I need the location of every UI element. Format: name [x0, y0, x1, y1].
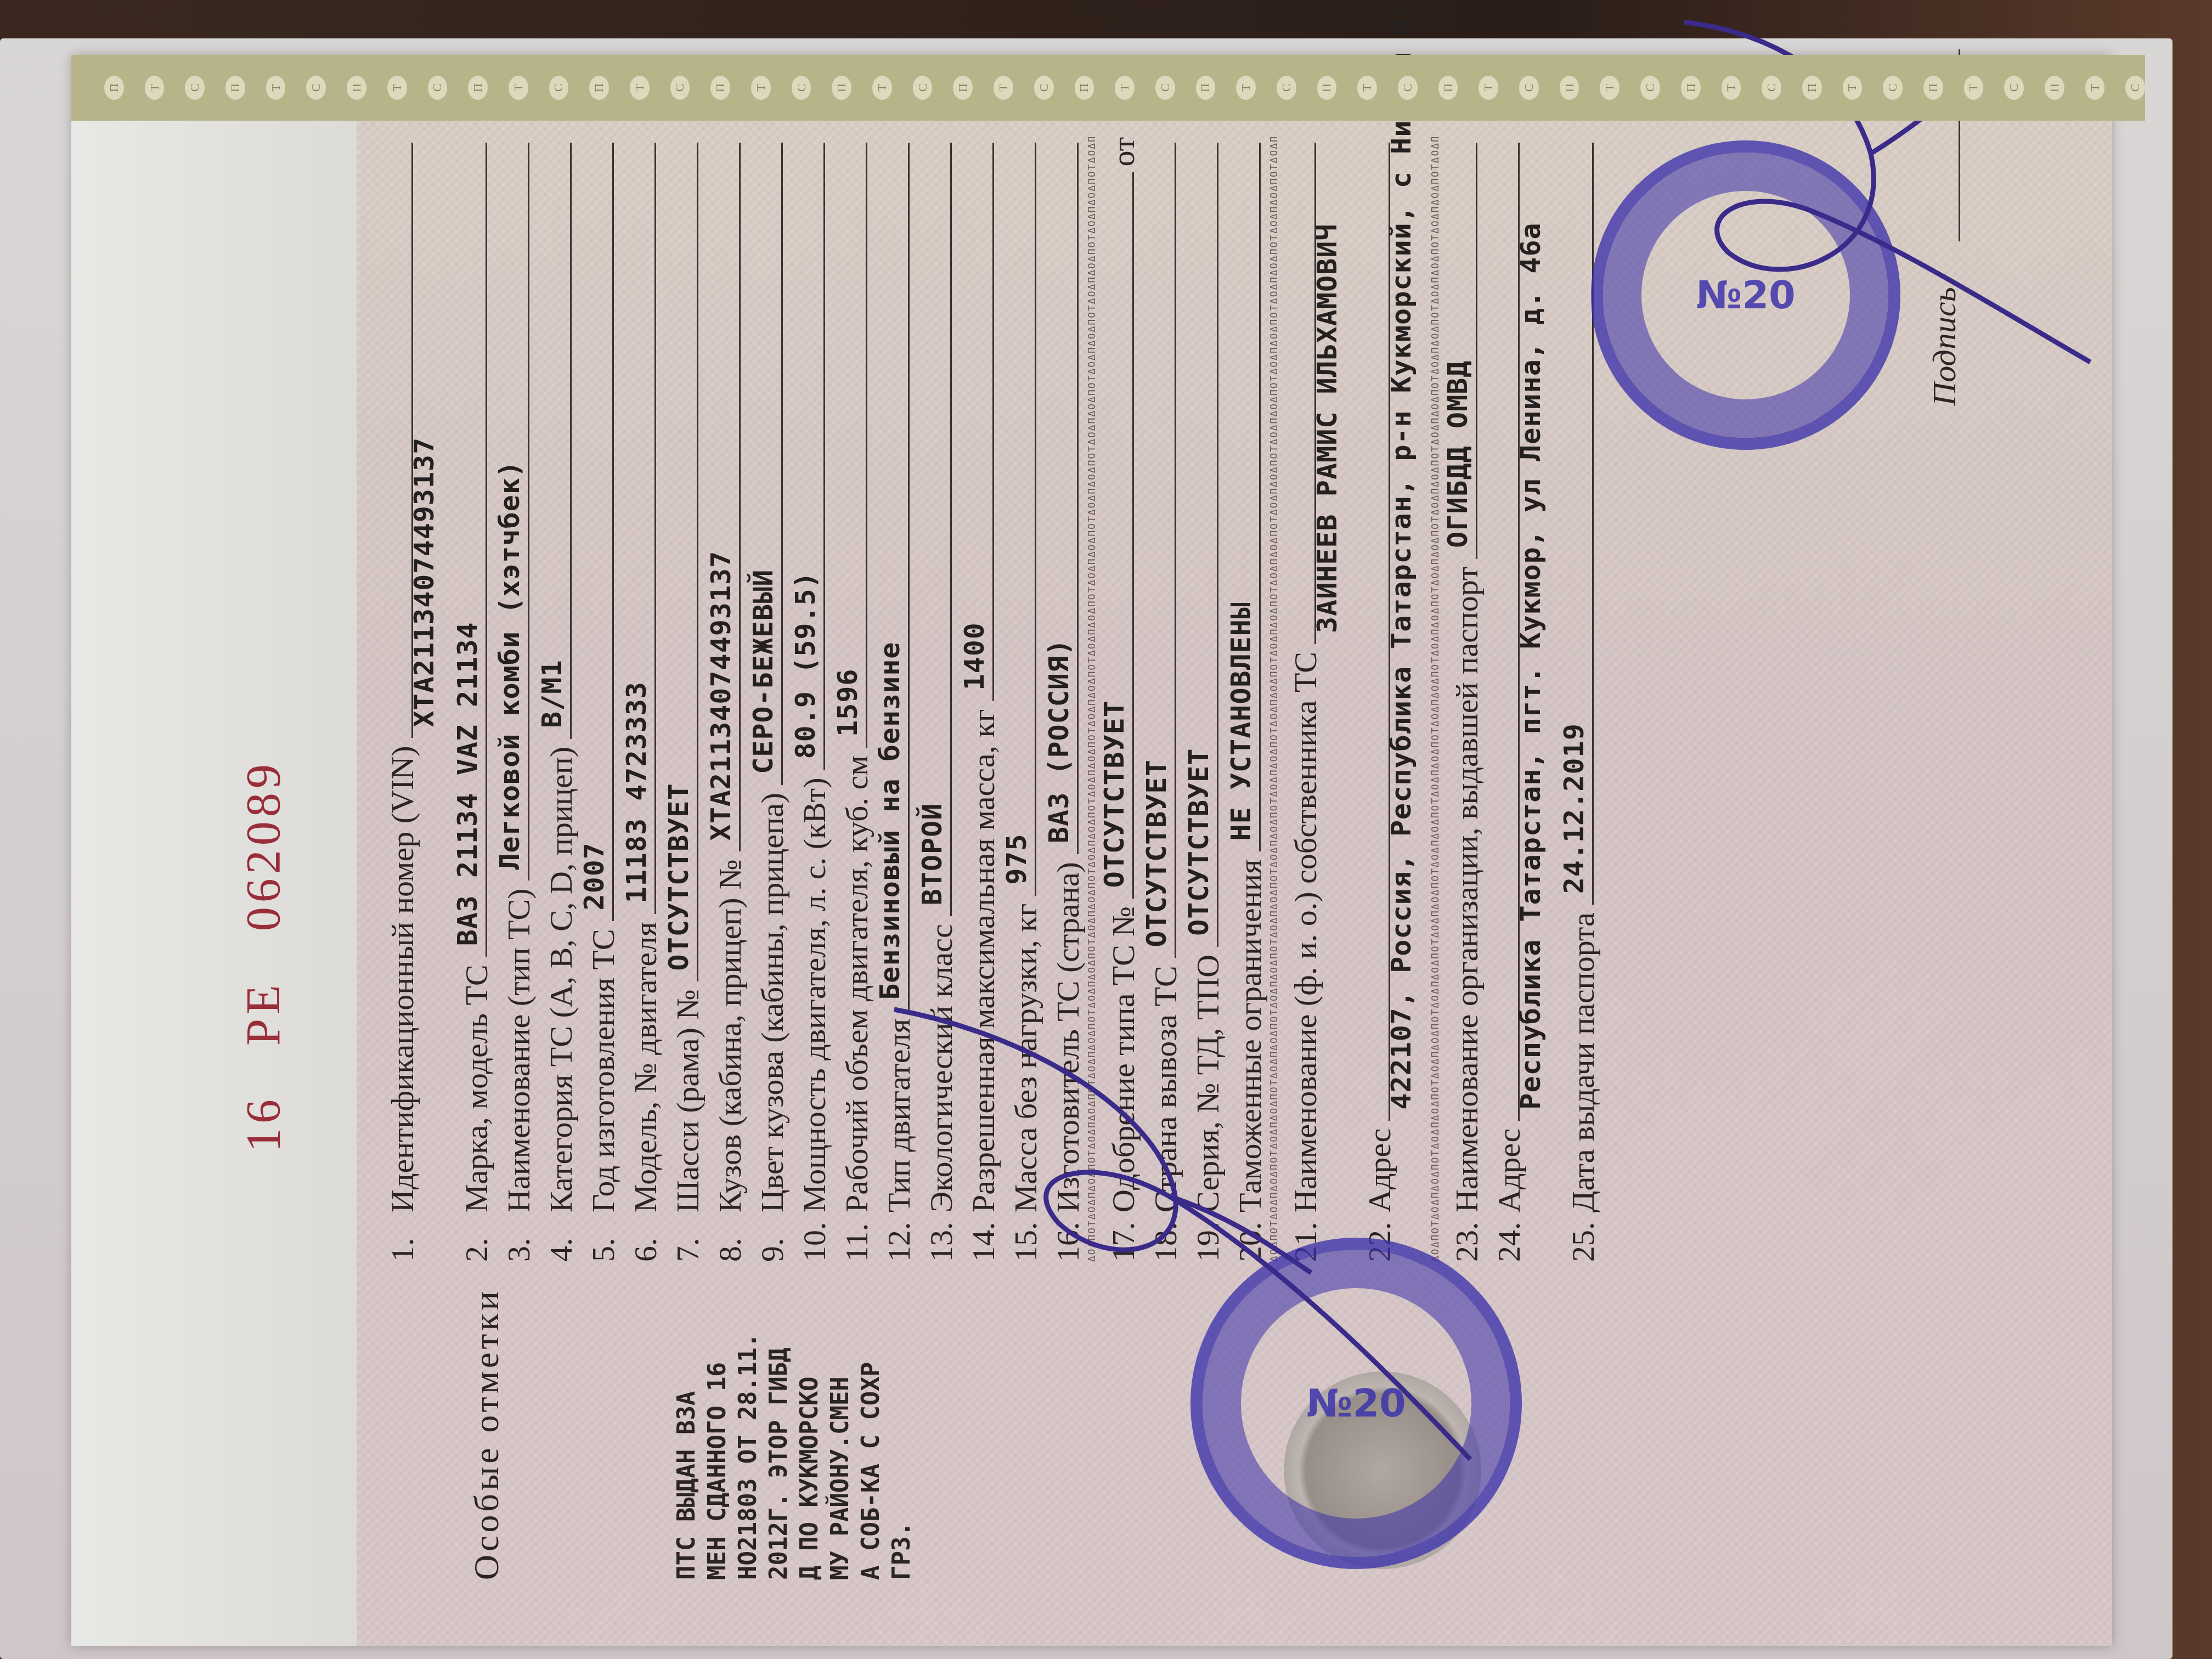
document-serial-number: 16 РЕ 062089: [236, 727, 291, 1152]
field-label: Наименование (ф. и. о.) собственника ТС: [1287, 652, 1324, 1212]
field-row: 14.Разрешенная максимальная масса, кг140…: [960, 137, 1002, 1262]
field-value: ВАЗ 21134 VAZ 21134: [452, 622, 483, 946]
field-number: 9.: [754, 1212, 791, 1262]
field-row: 2.Марка, модель ТСВАЗ 21134 VAZ 21134: [453, 137, 495, 1262]
strip-glyph: П: [953, 76, 973, 100]
field-row: 5.Год изготовления ТС2007: [579, 137, 622, 1262]
field-value: 2007: [578, 842, 610, 910]
field-label: Рабочий объем двигателя, куб. см: [838, 755, 875, 1212]
field-label: Адрес: [1491, 1128, 1527, 1212]
field-value: Республика Татарстан, пгт. Кукмор, ул Ле…: [1515, 222, 1547, 1109]
strip-glyph: Т: [1236, 76, 1256, 100]
field-line: НЕ УСТАНОВЛЕНЫ: [1259, 143, 1261, 851]
strip-glyph: С: [428, 76, 448, 100]
field-line: СЕРО-БЕЖЕВЫЙ: [781, 143, 783, 785]
strip-glyph: Т: [872, 76, 892, 100]
field-number: 25.: [1565, 1212, 1601, 1262]
field-number: 8.: [712, 1212, 748, 1262]
field-number: 19.: [1189, 1212, 1226, 1262]
field-number: 11.: [838, 1212, 875, 1262]
field-line: Республика Татарстан, пгт. Кукмор, ул Ле…: [1518, 143, 1520, 1121]
document-number: 062089: [237, 760, 290, 931]
field-number: 3.: [500, 1212, 537, 1262]
special-marks-text: ПТС ВЫДАН ВЗА МЕН СДАННОГО 16 НО21803 ОТ…: [672, 1284, 917, 1580]
field-row: 21.Наименование (ф. и. о.) собственника …: [1282, 137, 1324, 1262]
field-line: ОТСУТСТВУЕТ: [697, 143, 698, 981]
strip-glyph: П: [1438, 76, 1458, 100]
field-row: 6.Модель, № двигателя11183 4723333: [622, 137, 664, 1262]
field-row: 24.АдресРеспублика Татарстан, пгт. Кукмо…: [1485, 137, 1527, 1262]
field-label: Категория ТС (А, В, С, D, прицеп): [543, 747, 579, 1212]
field-value: 1596: [832, 669, 864, 737]
field-label: Мощность двигателя, л. с. (кВт): [796, 777, 833, 1212]
field-row: 1.Идентификационный номер (VIN)XTA211340…: [379, 137, 421, 1262]
field-number: 15.: [1007, 1212, 1044, 1262]
field-row: 8.Кузов (кабина, прицеп) №XTA21134074493…: [706, 137, 748, 1262]
series-region: 16: [237, 1095, 290, 1152]
official-stamp-bottom: №20: [1591, 140, 1900, 450]
strip-glyph: С: [1155, 76, 1175, 100]
field-line: 1596: [866, 143, 867, 748]
field-number: 20.: [1232, 1212, 1268, 1262]
strip-glyph: П: [1923, 76, 1943, 100]
field-label: Разрешенная максимальная масса, кг: [965, 709, 1002, 1213]
field-label: Тип двигателя: [881, 1019, 917, 1212]
field-row: 12.Тип двигателяБензиновый на бензине: [875, 137, 917, 1262]
strip-glyph: Т: [2085, 76, 2105, 100]
field-row: 3.Наименование (тип ТС)Легковой комби (х…: [495, 137, 537, 1262]
strip-glyph: С: [913, 76, 933, 100]
field-value: ОТСУТСТВУЕТ: [663, 783, 695, 970]
strip-glyph: Т: [387, 76, 407, 100]
document-header: [71, 55, 357, 1646]
strip-glyph: Т: [509, 76, 528, 100]
strip-glyph: С: [1640, 76, 1660, 100]
field-line: 2007: [612, 143, 614, 921]
strip-glyph: П: [1317, 76, 1337, 100]
strip-glyph: Т: [1600, 76, 1620, 100]
field-value: 975: [1001, 833, 1032, 884]
field-suffix: от: [1105, 137, 1142, 167]
strip-glyph: С: [1398, 76, 1418, 100]
field-line: 1400: [992, 143, 994, 702]
strip-glyph: П: [104, 76, 124, 100]
strip-glyph: П: [225, 76, 245, 100]
section-separator: ΔΟΔΠΟΤΔΟΔΠΔΟΔΠΟΤΔΟΔΠΔΟΔΠΟΤΔΟΔΠΔΟΔΠΟΤΔΟΔΠ…: [1086, 137, 1099, 1262]
strip-glyph: Т: [1115, 76, 1135, 100]
official-stamp-left: №20: [1190, 1238, 1522, 1569]
vehicle-fields-list: 1.Идентификационный номер (VIN)XTA211340…: [379, 137, 1601, 1262]
field-value: ОТСУТСТВУЕТ: [1183, 748, 1215, 936]
field-number: 23.: [1448, 1212, 1485, 1262]
field-number: 12.: [881, 1212, 917, 1262]
field-number: 14.: [965, 1212, 1002, 1262]
strip-glyph: П: [710, 76, 730, 100]
special-marks-section: Особые отметки ПТС ВЫДАН ВЗА МЕН СДАННОГ…: [466, 1284, 917, 1580]
field-label: Страна вывоза ТС: [1147, 966, 1184, 1212]
section-separator: ΔΟΔΠΟΤΔΟΔΠΔΟΔΠΟΤΔΟΔΠΔΟΔΠΟΤΔΟΔΠΔΟΔΠΟΤΔΟΔΠ…: [1430, 137, 1443, 1262]
field-line: XTA21134074493137: [411, 143, 413, 738]
field-value: 11183 4723333: [620, 681, 652, 903]
field-row: 9.Цвет кузова (кабины, прицепа)СЕРО-БЕЖЕ…: [748, 137, 791, 1262]
strip-glyph: Т: [1843, 76, 1863, 100]
field-row: 19.Серия, № ТД, ТПООТСУТСТВУЕТ: [1184, 137, 1226, 1262]
field-line: 975: [1035, 143, 1036, 896]
series-letters: РЕ: [237, 980, 290, 1046]
strip-glyph: П: [2045, 76, 2064, 100]
strip-glyph: Т: [994, 76, 1013, 100]
special-marks-title: Особые отметки: [466, 1284, 507, 1580]
field-label: Кузов (кабина, прицеп) №: [712, 859, 748, 1212]
field-value: ВТОРОЙ: [916, 803, 948, 906]
field-label: Модель, № двигателя: [627, 922, 664, 1212]
strip-glyph: П: [589, 76, 609, 100]
section-separator: ΔΟΔΠΟΤΔΟΔΠΔΟΔΠΟΤΔΟΔΠΔΟΔΠΟΤΔΟΔΠΔΟΔΠΟΤΔΟΔΠ…: [1268, 137, 1282, 1262]
strip-glyph: П: [468, 76, 488, 100]
field-value: ЗАИНЕЕВ РАМИС ИЛЬХАМОВИЧ: [1311, 224, 1343, 633]
field-number: 13.: [923, 1212, 960, 1262]
stamp-number: №20: [1696, 273, 1796, 318]
field-line: 80.9 (59.5): [823, 143, 825, 770]
field-line: В/М1: [570, 143, 572, 739]
strip-glyph: Т: [751, 76, 771, 100]
field-label: Экологический класс: [923, 924, 960, 1212]
field-number: 7.: [669, 1212, 706, 1262]
field-row: 13.Экологический классВТОРОЙ: [917, 137, 960, 1262]
field-label: Серия, № ТД, ТПО: [1189, 955, 1226, 1212]
field-row: 22.Адрес422107, Россия, Республика Татар…: [1356, 137, 1398, 1262]
field-value: НЕ УСТАНОВЛЕНЫ: [1225, 602, 1257, 840]
field-value: В/М1: [536, 659, 568, 727]
strip-glyph: С: [792, 76, 811, 100]
field-value: 1400: [958, 622, 990, 690]
field-value: 24.12.2019: [1558, 723, 1590, 894]
strip-glyph: С: [185, 76, 205, 100]
field-value: XTA21134074493137: [705, 551, 737, 841]
field-row: 10.Мощность двигателя, л. с. (кВт)80.9 (…: [791, 137, 833, 1262]
strip-glyph: Т: [1479, 76, 1498, 100]
field-number: 4.: [543, 1212, 579, 1262]
field-number: 24.: [1491, 1212, 1527, 1262]
strip-glyph: С: [1034, 76, 1054, 100]
strip-glyph: С: [1277, 76, 1296, 100]
vehicle-passport-page: 16 РЕ 062089 1.Идентификационный номер (…: [71, 55, 2112, 1646]
field-value: ОГИБДД ОМВД: [1442, 360, 1474, 548]
field-value: ОТСУТСТВУЕТ: [1098, 700, 1130, 888]
field-line: ОТСУТСТВУЕТ: [1132, 172, 1134, 899]
field-row: 20.Таможенные ограниченияНЕ УСТАНОВЛЕНЫ: [1226, 137, 1268, 1262]
field-row: 16.Изготовитель ТС (страна)ВАЗ (РОССИЯ): [1044, 137, 1086, 1262]
field-value: XTA21134074493137: [408, 437, 440, 727]
field-row: 18.Страна вывоза ТСОТСУТСТВУЕТ: [1142, 137, 1184, 1262]
field-line: ОТСУТСТВУЕТ: [1217, 143, 1218, 947]
field-row: 11.Рабочий объем двигателя, куб. см1596: [833, 137, 875, 1262]
strip-glyph: Т: [1964, 76, 1984, 100]
field-label: Одобрение типа ТС №: [1105, 906, 1142, 1212]
strip-glyph: С: [549, 76, 569, 100]
strip-glyph: Т: [1722, 76, 1741, 100]
strip-glyph: П: [1075, 76, 1094, 100]
field-value: 80.9 (59.5): [789, 571, 821, 759]
field-value: Бензиновый на бензине: [874, 642, 906, 1000]
strip-glyph: С: [2004, 76, 2024, 100]
field-line: ВАЗ (РОССИЯ): [1077, 143, 1079, 854]
strip-glyph: С: [1762, 76, 1781, 100]
field-label: Таможенные ограничения: [1232, 859, 1268, 1212]
field-row: 17.Одобрение типа ТС №ОТСУТСТВУЕТот: [1099, 137, 1142, 1262]
field-label: Дата выдачи паспорта: [1565, 912, 1601, 1212]
field-value: ОТСУТСТВУЕТ: [1141, 759, 1172, 947]
stamp-number: №20: [1306, 1381, 1406, 1426]
strip-glyph: П: [1560, 76, 1579, 100]
field-number: 5.: [585, 1212, 622, 1262]
field-line: ЗАИНЕЕВ РАМИС ИЛЬХАМОВИЧ: [1314, 143, 1316, 644]
field-number: 2.: [458, 1212, 495, 1262]
strip-glyph: С: [2125, 76, 2145, 100]
field-number: 18.: [1147, 1212, 1184, 1262]
strip-glyph: Т: [145, 76, 165, 100]
field-label: Шасси (рама) №: [669, 989, 706, 1212]
strip-glyph: П: [1196, 76, 1216, 100]
field-number: 6.: [627, 1212, 664, 1262]
strip-glyph: С: [1519, 76, 1539, 100]
strip-glyph: С: [1883, 76, 1903, 100]
field-label: Идентификационный номер (VIN): [384, 746, 421, 1213]
field-line: XTA21134074493137: [739, 143, 741, 851]
field-row: 23.Наименование организации, выдавшей па…: [1443, 137, 1485, 1262]
security-strip: ПТСПТСПТСПТСПТСПТСПТСПТСПТСПТСПТСПТСПТСП…: [71, 55, 2145, 121]
field-value: 422107, Россия, Республика Татарстан, р-…: [1385, 0, 1417, 1110]
field-label: Масса без нагрузки, кг: [1007, 904, 1044, 1212]
field-label: Адрес: [1361, 1128, 1398, 1212]
strip-glyph: С: [670, 76, 690, 100]
signature-label: Подпись: [1926, 287, 1963, 406]
field-line: 24.12.2019: [1592, 143, 1594, 905]
field-row: 15.Масса без нагрузки, кг975: [1002, 137, 1044, 1262]
field-line: Легковой комби (хэтчбек): [528, 143, 529, 881]
field-value: СЕРО-БЕЖЕВЫЙ: [747, 569, 779, 774]
field-line: Бензиновый на бензине: [908, 143, 910, 1011]
field-number: 10.: [796, 1212, 833, 1262]
strip-glyph: П: [1802, 76, 1822, 100]
field-row: 4.Категория ТС (А, В, С, D, прицеп)В/М1: [537, 137, 579, 1262]
strip-glyph: С: [306, 76, 326, 100]
field-value: Легковой комби (хэтчбек): [494, 460, 526, 870]
field-label: Наименование организации, выдавшей паспо…: [1448, 567, 1485, 1212]
field-line: ВАЗ 21134 VAZ 21134: [486, 143, 487, 957]
field-row: 7.Шасси (рама) №ОТСУТСТВУЕТ: [664, 137, 706, 1262]
field-label: Изготовитель ТС (страна): [1049, 862, 1086, 1212]
field-number: 1.: [384, 1212, 421, 1262]
field-line: ВТОРОЙ: [950, 143, 952, 916]
field-value: ВАЗ (РОССИЯ): [1043, 639, 1075, 843]
field-label: Год изготовления ТС: [585, 929, 622, 1212]
field-number: 17.: [1105, 1212, 1142, 1262]
strip-glyph: Т: [1357, 76, 1377, 100]
strip-glyph: П: [347, 76, 366, 100]
strip-glyph: Т: [630, 76, 650, 100]
strip-glyph: П: [1681, 76, 1701, 100]
field-line: 11183 4723333: [654, 143, 656, 914]
field-label: Цвет кузова (кабины, прицепа): [754, 793, 791, 1212]
field-line: ОГИБДД ОМВД: [1476, 143, 1477, 559]
field-line: 422107, Россия, Республика Татарстан, р-…: [1389, 143, 1390, 1121]
photo-background: 16 РЕ 062089 1.Идентификационный номер (…: [0, 0, 2212, 1659]
field-label: Марка, модель ТС: [458, 964, 495, 1212]
strip-glyph: Т: [266, 76, 286, 100]
field-number: 16.: [1049, 1212, 1086, 1262]
field-line: ОТСУТСТВУЕТ: [1175, 143, 1176, 958]
field-label: Наименование (тип ТС): [500, 888, 537, 1212]
strip-glyph: П: [832, 76, 851, 100]
